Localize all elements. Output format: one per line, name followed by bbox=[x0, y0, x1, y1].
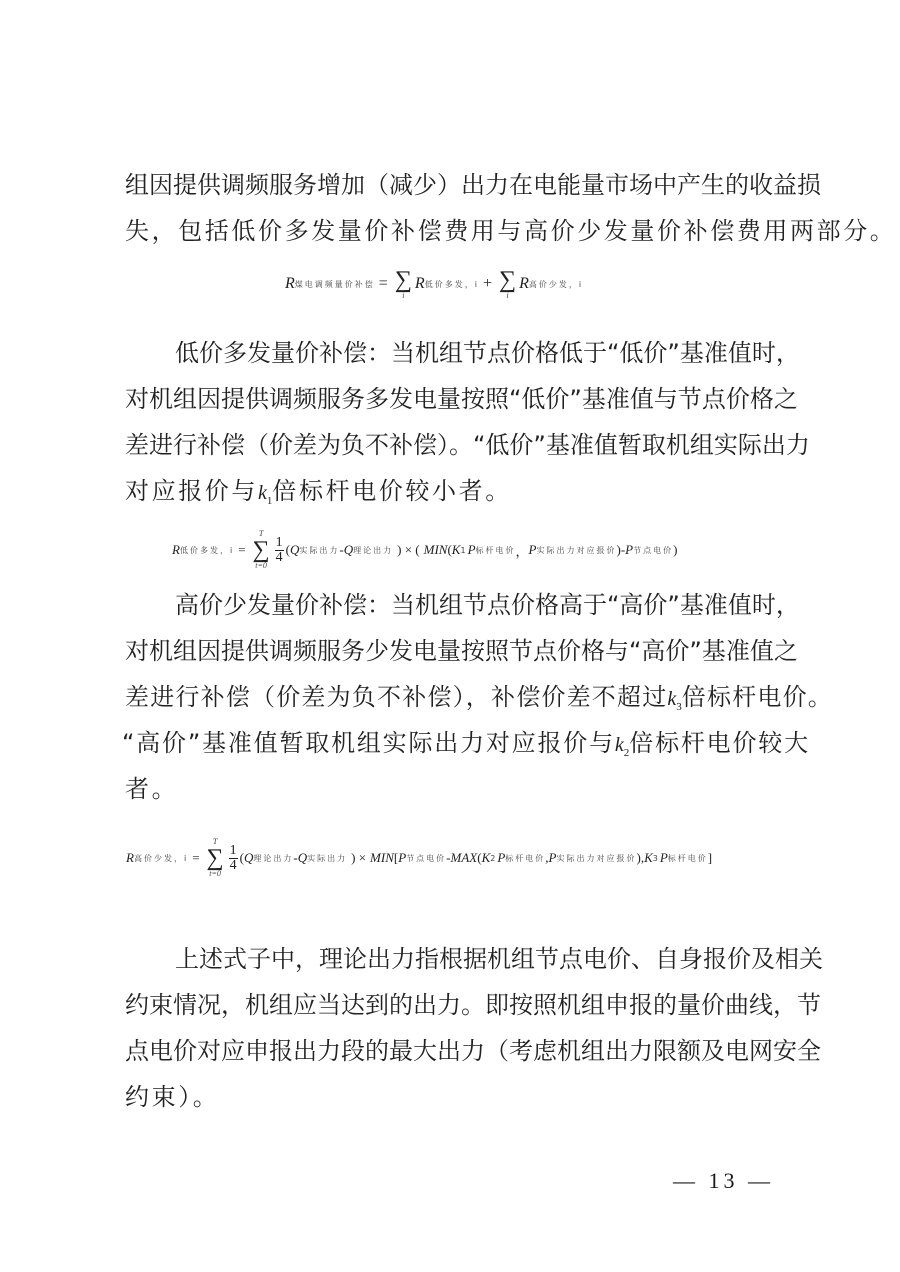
sum-symbol: ∑i bbox=[395, 268, 412, 300]
formula-term-sub: 低价多发，i bbox=[425, 279, 479, 290]
explanation-line-3: 点电价对应申报出力段的最大出力（考虑机组出力限额及电网安全 bbox=[125, 1036, 775, 1066]
high-price-line-3: 差进行补偿（价差为负不补偿），补偿价差不超过k3倍标杆电价。 bbox=[125, 682, 775, 722]
sum-index: i bbox=[402, 292, 404, 300]
text-segment: 对应报价与 bbox=[125, 477, 258, 505]
k2-variable: k2 bbox=[615, 734, 629, 756]
sum-symbol: T∑t=0 bbox=[207, 838, 224, 878]
formula-term: R bbox=[519, 275, 529, 293]
low-price-line-2: 对机组因提供调频服务多发电量按照“低价”基准值与节点价格之 bbox=[125, 384, 775, 414]
equals-sign: = bbox=[238, 542, 245, 558]
formula-total-lhs: R bbox=[285, 275, 295, 293]
text-segment: 倍标杆电价较小者。 bbox=[272, 477, 511, 505]
high-price-line-1: 高价少发量价补偿：当机组节点价格高于“高价”基准值时， bbox=[175, 590, 775, 620]
high-price-line-4: “高价”基准值暂取机组实际出力对应报价与k2倍标杆电价较大 bbox=[122, 728, 772, 768]
explanation-line-2: 约束情况，机组应当达到的出力。即按照机组申报的量价曲线，节 bbox=[125, 990, 775, 1020]
explanation-line-1: 上述式子中，理论出力指根据机组节点电价、自身报价及相关 bbox=[175, 944, 775, 974]
min-function: MIN bbox=[370, 850, 394, 866]
times-sign: ) × ( bbox=[397, 542, 420, 558]
fraction: 14 bbox=[275, 536, 284, 565]
page-number: — 13 — bbox=[673, 1168, 774, 1194]
q-theory-sub: 理论出力 bbox=[353, 545, 393, 556]
min-function: MIN bbox=[424, 542, 448, 558]
formula-lhs-sub: 高价少发，i bbox=[134, 853, 188, 864]
fraction: 14 bbox=[229, 844, 238, 873]
formula-total: R 煤电调频量价补偿 = ∑i R 低价多发，i + ∑i R 高价少发，i bbox=[285, 268, 583, 300]
formula-term: R bbox=[415, 275, 425, 293]
formula-total-lhs-sub: 煤电调频量价补偿 bbox=[295, 279, 375, 290]
low-price-line-3: 差进行补偿（价差为负不补偿）。“低价”基准值暂取机组实际出力 bbox=[125, 430, 775, 460]
max-function: -MAX bbox=[446, 850, 477, 866]
formula-lhs: R bbox=[126, 850, 134, 866]
k1-variable: k1 bbox=[258, 482, 272, 504]
high-price-line-2: 对机组因提供调频服务少发电量按照节点价格与“高价”基准值之 bbox=[125, 636, 775, 666]
formula-high-price: R 高价少发，i = T∑t=0 14 ( Q理论出力 - Q实际出力 ) × … bbox=[126, 838, 712, 878]
equals-sign: = bbox=[379, 275, 388, 293]
high-price-line-5: 者。 bbox=[125, 774, 775, 804]
low-price-line-1: 低价多发量价补偿：当机组节点价格低于“低价”基准值时， bbox=[175, 338, 775, 368]
low-price-line-4: 对应报价与k1倍标杆电价较小者。 bbox=[125, 476, 775, 516]
sum-index: i bbox=[506, 292, 508, 300]
q-actual-sub: 实际出力 bbox=[307, 853, 347, 864]
formula-lhs: R bbox=[172, 542, 180, 558]
intro-line-1: 组因提供调频服务增加（减少）出力在电能量市场中产生的收益损 bbox=[125, 170, 775, 200]
k3-variable: k3 bbox=[667, 688, 681, 710]
document-page: 组因提供调频服务增加（减少）出力在电能量市场中产生的收益损 失，包括低价多发量价… bbox=[0, 0, 900, 1272]
formula-low-price: R 低价多发，i = T∑t=0 14 ( Q实际出力 - Q理论出力 ) × … bbox=[172, 530, 677, 570]
explanation-line-4: 约束）。 bbox=[125, 1082, 775, 1112]
q-theory-sub: 理论出力 bbox=[253, 853, 293, 864]
q-actual-sub: 实际出力 bbox=[299, 545, 339, 556]
intro-line-2: 失，包括低价多发量价补偿费用与高价少发量价补偿费用两部分。 bbox=[125, 216, 775, 246]
times-sign: ) × bbox=[351, 850, 366, 866]
formula-lhs-sub: 低价多发，i bbox=[180, 545, 234, 556]
formula-term-sub: 高价少发，i bbox=[529, 279, 583, 290]
sum-symbol: ∑i bbox=[499, 268, 516, 300]
plus-sign: + bbox=[483, 275, 492, 293]
equals-sign: = bbox=[192, 850, 199, 866]
sum-symbol: T∑t=0 bbox=[253, 530, 270, 570]
